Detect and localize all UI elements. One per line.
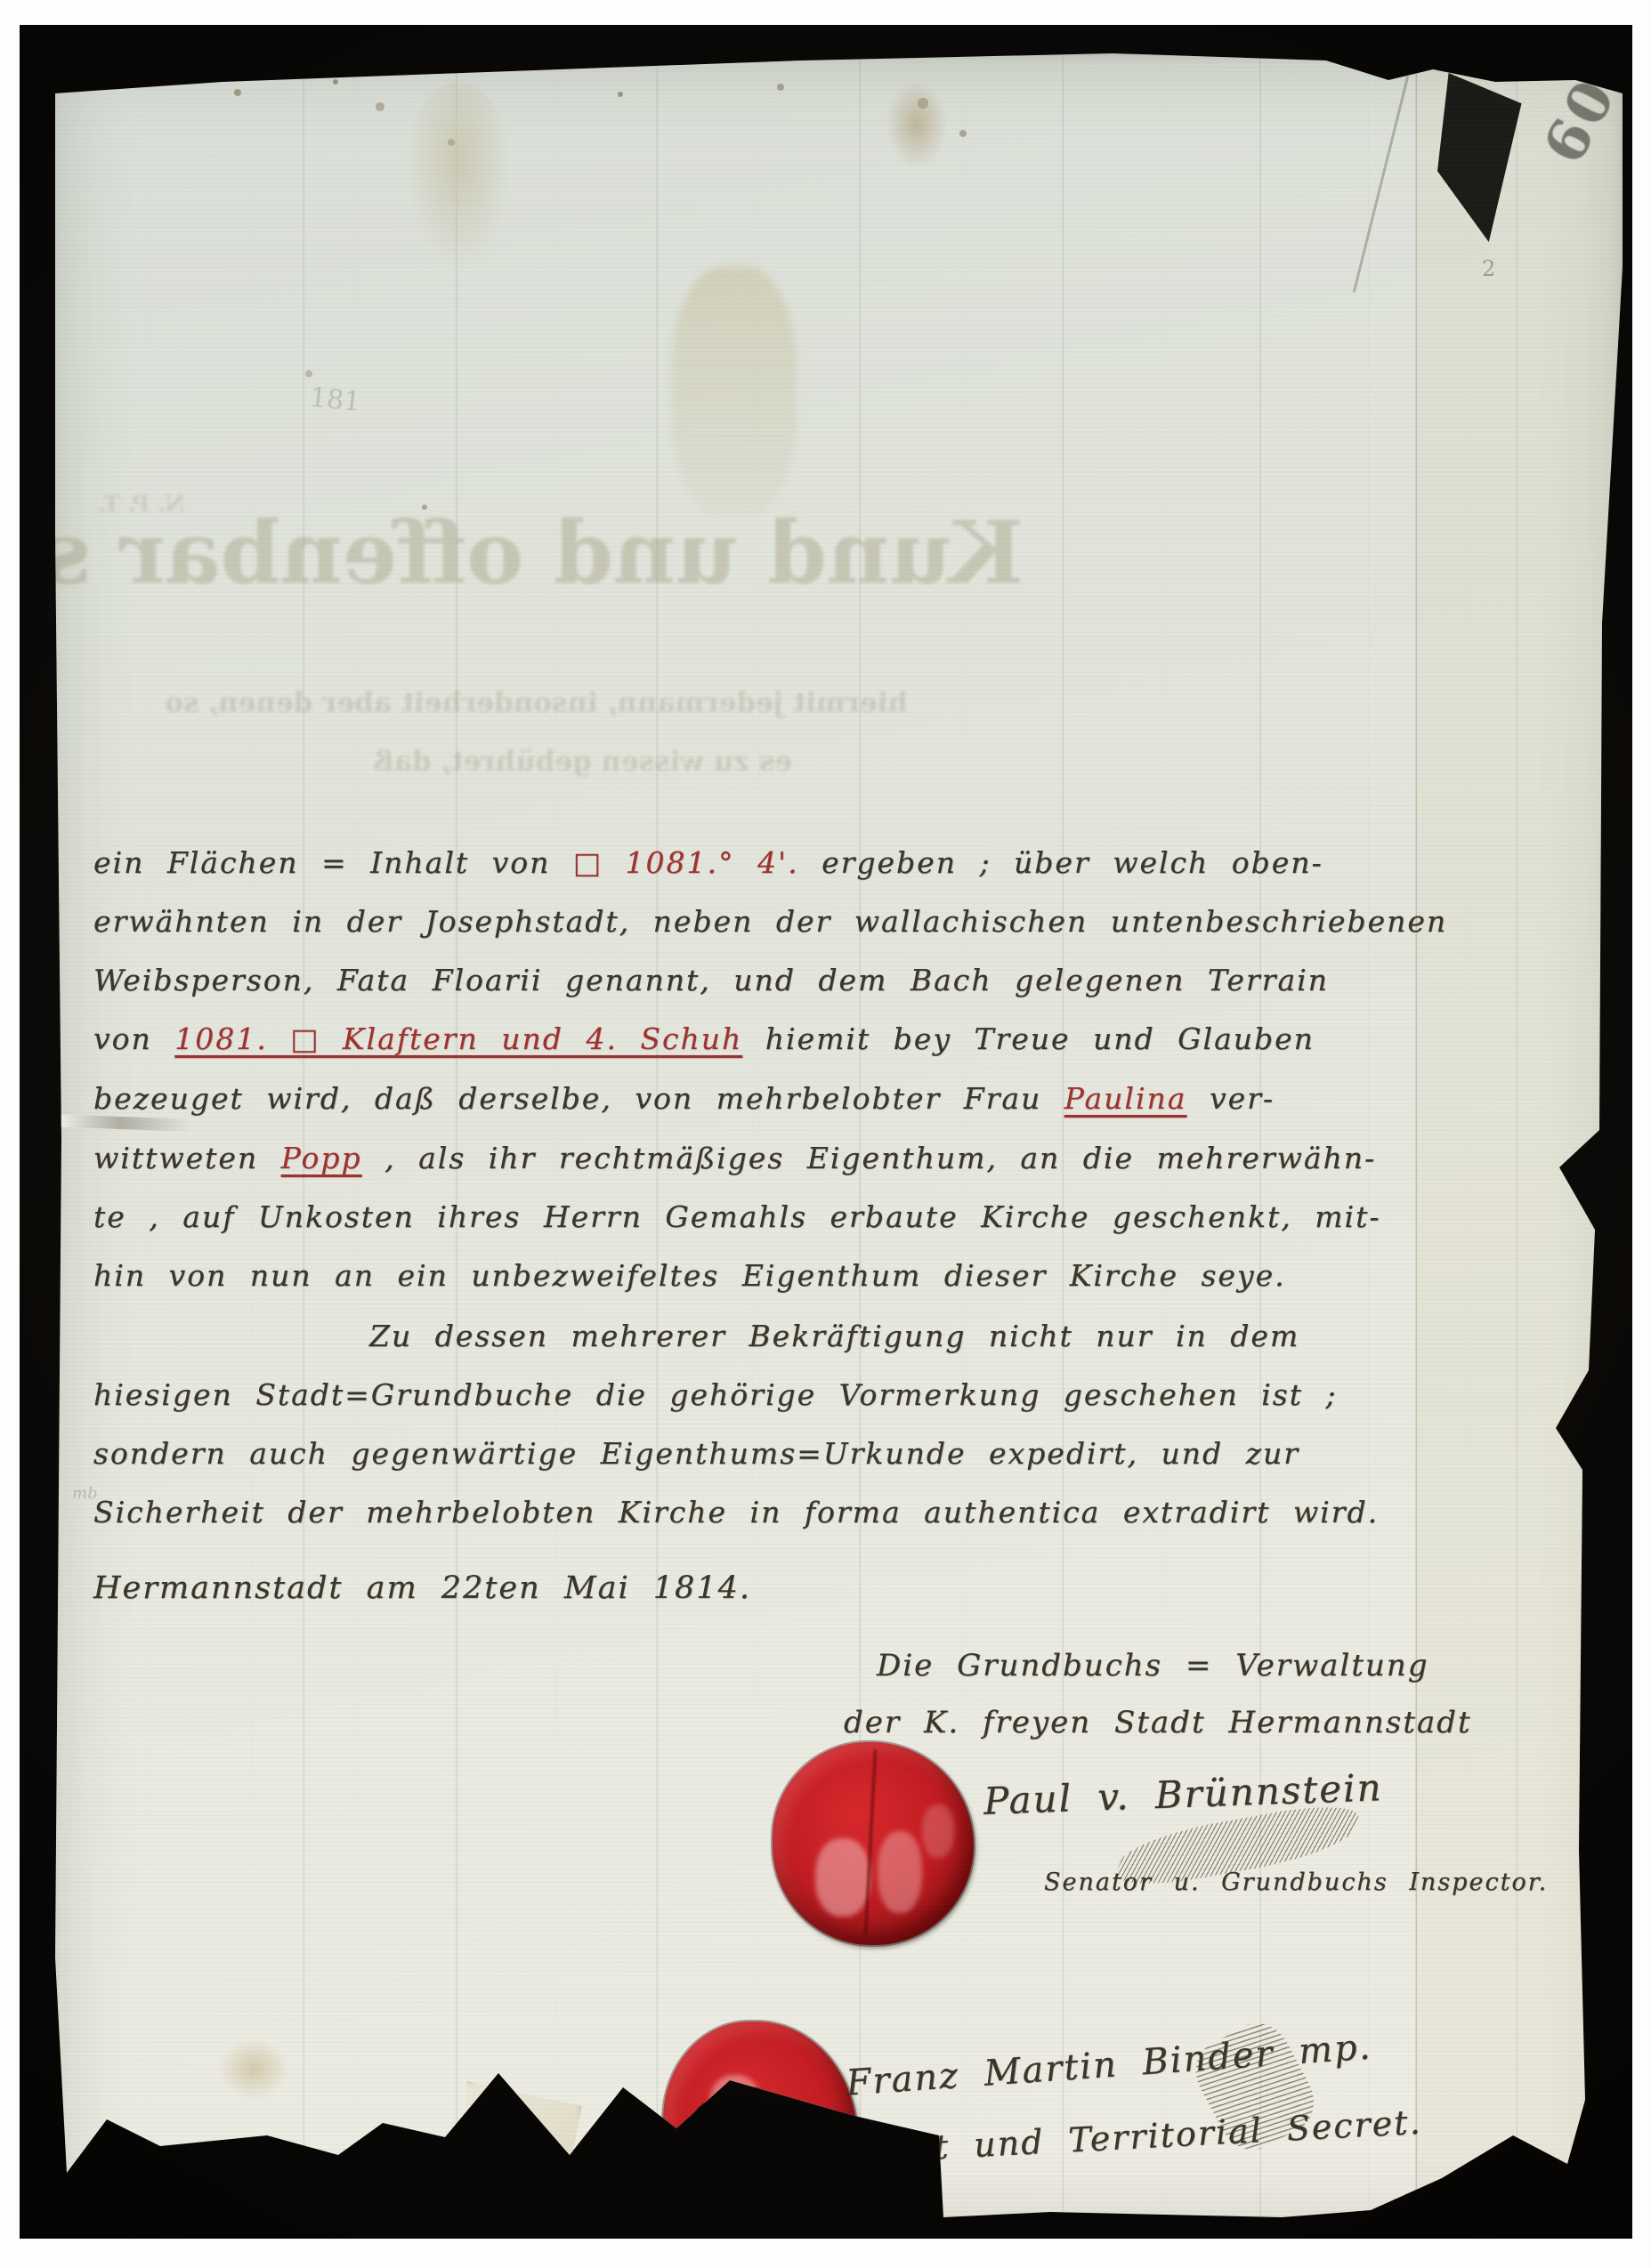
body-line: wittweten Popp , als ihr rechtmäßiges Ei…	[93, 1141, 1376, 1175]
paper-sheet: N. P. T. Kund und offenbar sey hiermit j…	[49, 53, 1624, 2238]
seal-emboss-highlight	[815, 1838, 870, 1917]
body-text: sondern auch gegenwärtige Eigenthums=Urk…	[93, 1436, 1299, 1471]
fold-line	[1516, 53, 1519, 2238]
closing-line1: Die Grundbuchs = Verwaltung	[877, 1648, 1428, 1683]
dateline-text: Hermannstadt am 22ten Mai 1814.	[93, 1570, 751, 1606]
red-ink-text: □ 1081.° 4'.	[573, 845, 799, 880]
body-line: sondern auch gegenwärtige Eigenthums=Urk…	[93, 1436, 1299, 1471]
body-line: Zu dessen mehrerer Bekräftigung nicht nu…	[369, 1319, 1299, 1353]
body-text: , als ihr rechtmäßiges Eigenthum, an die…	[362, 1141, 1377, 1175]
corner-tear-gap	[1437, 73, 1531, 242]
body-line: Sicherheit der mehrbelobten Kirche in fo…	[93, 1495, 1379, 1529]
folio-note: 181	[308, 382, 362, 418]
bleedthrough-heading: Kund und offenbar sey	[240, 503, 1024, 603]
body-text: von	[93, 1021, 174, 1056]
seal-emboss-highlight	[922, 1804, 954, 1858]
bleedthrough-line2: hiermit jedermann, insonderheit aber den…	[267, 687, 908, 719]
signature-first-name: Paul v. Brünnstein	[983, 1765, 1383, 1823]
watermark-crest	[405, 82, 512, 273]
page-number: 2	[1482, 256, 1495, 281]
body-text: hiesigen Stadt=Grundbuche die gehörige V…	[93, 1377, 1338, 1412]
body-line: von 1081. □ Klaftern und 4. Schuh hiemit…	[93, 1021, 1315, 1056]
body-line: erwähnten in der Josephstadt, neben der …	[93, 904, 1447, 939]
signature-second-name: Franz Martin Binder mp.	[845, 2026, 1373, 2103]
body-text: hiemit bey Treue und Glauben	[742, 1021, 1315, 1056]
red-ink-text: Popp	[281, 1141, 362, 1175]
corner-crease	[1353, 76, 1409, 292]
water-stain	[672, 267, 797, 516]
bleedthrough-line3: es zu wissen gebühret, daß	[383, 746, 792, 778]
body-text: wittweten	[93, 1141, 281, 1175]
body-text: hin von nun an ein unbezweifeltes Eigent…	[93, 1258, 1286, 1293]
fold-line-main	[1415, 53, 1419, 2238]
signature-first-title: Senator u. Grundbuchs Inspector.	[1044, 1868, 1548, 1896]
body-line: hin von nun an ein unbezweifeltes Eigent…	[93, 1258, 1286, 1293]
edge-tear	[49, 1114, 191, 1132]
body-line: te , auf Unkosten ihres Herrn Gemahls er…	[93, 1199, 1381, 1234]
body-text: Weibsperson, Fata Floarii genannt, und d…	[93, 963, 1329, 997]
body-text: bezeuget wird, daß derselbe, von mehrbel…	[93, 1081, 1064, 1116]
body-line: ein Flächen = Inhalt von □ 1081.° 4'. er…	[93, 845, 1323, 880]
bottom-stain	[218, 2038, 289, 2100]
red-ink-text: 1081. □ Klaftern und 4. Schuh	[174, 1021, 742, 1056]
brown-stain	[886, 80, 948, 169]
dateline: Hermannstadt am 22ten Mai 1814.	[93, 1570, 751, 1606]
closing-line2: der K. freyen Stadt Hermannstadt	[844, 1705, 1472, 1740]
body-text: Sicherheit der mehrbelobten Kirche in fo…	[93, 1495, 1379, 1529]
body-text: ergeben ; über welch oben-	[799, 845, 1323, 880]
body-text: erwähnten in der Josephstadt, neben der …	[93, 904, 1447, 939]
red-ink-text: Paulina	[1064, 1081, 1187, 1116]
seal-emboss-highlight	[878, 1831, 922, 1913]
body-text: ver-	[1186, 1081, 1275, 1116]
body-line: Weibsperson, Fata Floarii genannt, und d…	[93, 963, 1329, 997]
bleedthrough-salutation: N. P. T.	[98, 491, 186, 518]
body-line: bezeuget wird, daß derselbe, von mehrbel…	[93, 1081, 1275, 1116]
body-text: ein Flächen = Inhalt von	[93, 845, 573, 880]
body-line: hiesigen Stadt=Grundbuche die gehörige V…	[93, 1377, 1338, 1412]
scanned-document-page: N. P. T. Kund und offenbar sey hiermit j…	[0, 0, 1651, 2268]
seal-crease	[864, 1749, 878, 1936]
body-text: te , auf Unkosten ihres Herrn Gemahls er…	[93, 1199, 1381, 1234]
body-text: Zu dessen mehrerer Bekräftigung nicht nu…	[369, 1319, 1299, 1353]
wax-seal-icon	[773, 1742, 974, 1945]
